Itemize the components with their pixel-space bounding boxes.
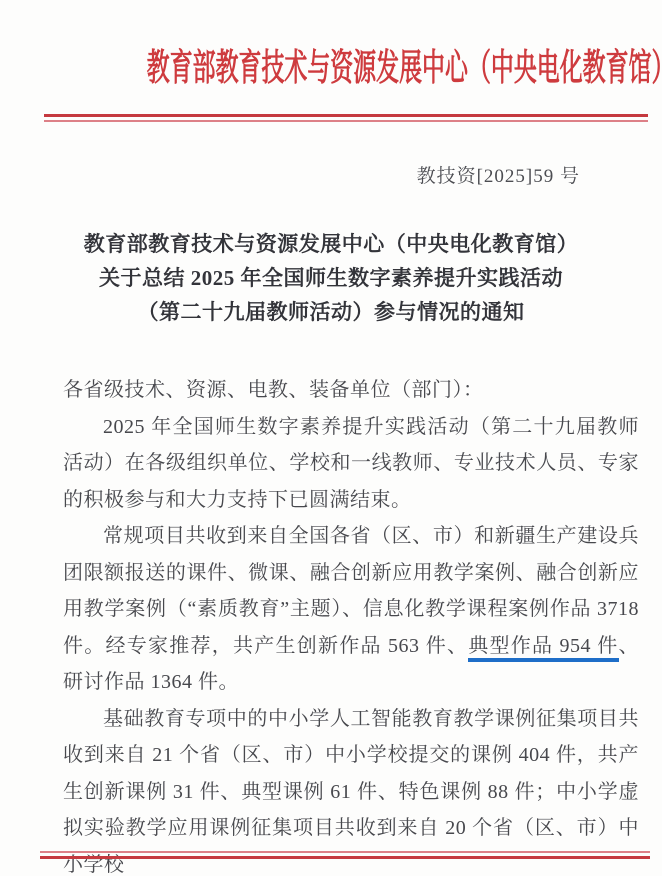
header-double-rule — [44, 114, 648, 122]
paragraph-activity-conclusion: 2025 年全国师生数字素养提升实践活动（第二十九届教师活动）在各级组织单位、学… — [63, 409, 639, 519]
notice-title-line-3: （第二十九届教师活动）参与情况的通知 — [0, 295, 662, 329]
paragraph-regular-projects: 常规项目共收到来自全国各省（区、市）和新疆生产建设兵团限额报送的课件、微课、融合… — [63, 518, 639, 701]
highlighted-typical-works: 典型作品 954 件 — [468, 635, 618, 662]
document-page: 教育部教育技术与资源发展中心（中央电化教育馆）函件 教技资[2025]59 号 … — [0, 0, 662, 876]
document-number: 教技资[2025]59 号 — [417, 161, 580, 188]
notice-title-line-2: 关于总结 2025 年全国师生数字素养提升实践活动 — [0, 261, 662, 295]
document-body: 各省级技术、资源、电教、装备单位（部门）： 2025 年全国师生数字素养提升实践… — [63, 372, 639, 876]
letterhead-title: 教育部教育技术与资源发展中心（中央电化教育馆）函件 — [147, 46, 557, 92]
notice-title: 教育部教育技术与资源发展中心（中央电化教育馆） 关于总结 2025 年全国师生数… — [0, 227, 662, 329]
footer-double-rule — [40, 851, 650, 859]
notice-title-line-1: 教育部教育技术与资源发展中心（中央电化教育馆） — [0, 227, 662, 261]
salutation: 各省级技术、资源、电教、装备单位（部门）： — [63, 372, 639, 409]
paragraph-basic-education-projects: 基础教育专项中的中小学人工智能教育教学课例征集项目共收到来自 21 个省（区、市… — [63, 701, 639, 876]
